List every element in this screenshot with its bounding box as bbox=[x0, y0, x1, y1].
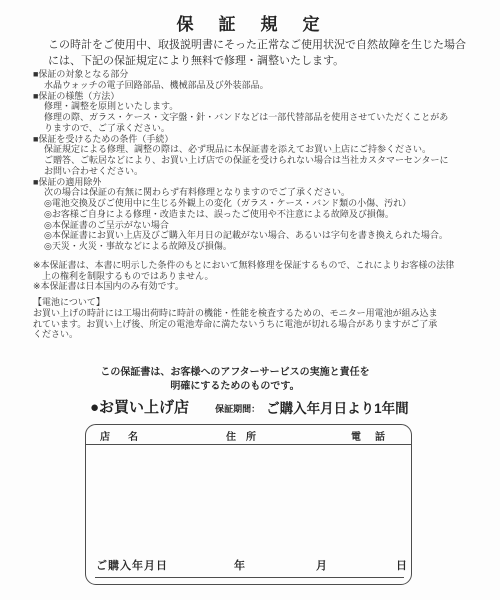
section-line: ◎本保証書にお買い上店及びご購入年月日の記載がない場合、あるいは字句を書き換えら… bbox=[33, 230, 488, 241]
note-line: 上の権利を制限するものではありません。 bbox=[33, 271, 488, 282]
column-header-address: 住 所 bbox=[226, 428, 256, 443]
after-service-statement: この保証書は、お客様へのアフターサービスの実施と責任を 明確にするためのものです… bbox=[60, 366, 410, 393]
legal-notes: ※本保証書は、本書に明示した条件のもとにおいて無料修理を保証するもので、これによ… bbox=[33, 260, 488, 292]
purchase-date-label: ご購入年月日 bbox=[96, 557, 168, 573]
statement-line: この保証書は、お客様へのアフターサービスの実施と責任を bbox=[60, 366, 410, 380]
store-label: ●お買い上げ店 bbox=[90, 396, 189, 417]
section-line: 次の場合は保証の有無に関わらず有料修理となりますのでご了承ください。 bbox=[33, 187, 488, 198]
column-header-phone: 電 話 bbox=[351, 428, 387, 443]
store-warranty-row: ●お買い上げ店 保証期間： ご購入年月日より1年間 bbox=[90, 396, 420, 417]
battery-section: 【電池について】 お買い上げの時計には工場出荷時に時計の機能・性能を検査するため… bbox=[33, 297, 488, 340]
warranty-period-label: 保証期間： bbox=[215, 402, 260, 417]
warranty-document-page: 保 証 規 定 この時計をご使用中、取扱説明書にそった正常なご使用状況で自然故障… bbox=[0, 0, 500, 600]
purchase-date-row: ご購入年月日 年 月 日 bbox=[86, 557, 411, 571]
year-label: 年 bbox=[234, 557, 245, 573]
day-label: 日 bbox=[396, 557, 407, 573]
statement-line: 明確にするためのものです。 bbox=[60, 380, 410, 394]
section-heading-conditions: ■保証を受けるための条件（手続） bbox=[33, 134, 488, 145]
page-title: 保 証 規 定 bbox=[0, 10, 500, 35]
section-line: 保証規定による修理、調整の際は、必ず現品に本保証書を添えてお買い上店にご持参くだ… bbox=[33, 144, 488, 155]
section-heading-covered-parts: ■保証の対象となる部分 bbox=[33, 69, 488, 80]
note-line: ※本保証書は、本書に明示した条件のもとにおいて無料修理を保証するもので、これによ… bbox=[33, 260, 488, 271]
section-line: ◎電池交換及びご使用中に生じる外観上の変化（ガラス・ケース・バンド類の小傷、汚れ… bbox=[33, 198, 488, 209]
battery-line: ください。 bbox=[33, 329, 488, 340]
section-heading-exclusions: ■保証の適用除外 bbox=[33, 177, 488, 188]
section-line: 修理・調整を原則といたします。 bbox=[33, 101, 488, 112]
section-line: ◎天災・火災・事故などによる故障及び損傷。 bbox=[33, 241, 488, 252]
section-line: りますので、ご了承ください。 bbox=[33, 123, 488, 134]
dealer-box-header: 店 名 住 所 電 話 bbox=[86, 425, 411, 445]
dealer-info-box: 店 名 住 所 電 話 ご購入年月日 年 月 日 bbox=[85, 424, 412, 585]
purchase-date-underline bbox=[95, 577, 404, 578]
warranty-terms: ■保証の対象となる部分 水晶ウォッチの電子回路部品、機械部品及び外装部品。 ■保… bbox=[33, 69, 488, 340]
intro-line: には、下記の保証規定により無料で修理・調整いたします。 bbox=[48, 54, 468, 70]
section-line: 水晶ウォッチの電子回路部品、機械部品及び外装部品。 bbox=[33, 80, 488, 91]
month-label: 月 bbox=[316, 557, 327, 573]
section-line: ◎お客様ご自身による修理・改造または、誤ったご使用や不注意による故障及び損傷。 bbox=[33, 209, 488, 220]
column-header-shop-name: 店 名 bbox=[100, 428, 142, 443]
note-line: ※本保証書は日本国内のみ有効です。 bbox=[33, 281, 488, 292]
section-line: ◎本保証書のご呈示がない場合 bbox=[33, 220, 488, 231]
intro-line: この時計をご使用中、取扱説明書にそった正常なご使用状況で自然故障を生じた場合 bbox=[48, 38, 468, 54]
battery-line: れています。お買い上げ後、所定の電池寿命に満たないうちに電池が切れる場合がありま… bbox=[33, 319, 488, 330]
section-line: お問い合わせください。 bbox=[33, 166, 488, 177]
battery-heading: 【電池について】 bbox=[33, 297, 488, 308]
warranty-period-value: ご購入年月日より1年間 bbox=[266, 397, 409, 417]
intro-paragraph: この時計をご使用中、取扱説明書にそった正常なご使用状況で自然故障を生じた場合 に… bbox=[48, 38, 468, 69]
section-line: 修理の際、ガラス・ケース・文字盤・針・バンドなどは一部代替部品を使用させていただ… bbox=[33, 112, 488, 123]
battery-line: お買い上げの時計には工場出荷時に時計の機能・性能を検査するための、モニター用電池… bbox=[33, 308, 488, 319]
section-line: ご贈答、ご転居などにより、お買い上げ店での保証を受けられない場合は当社カスタマー… bbox=[33, 155, 488, 166]
section-heading-repair-method: ■保証の様態（方法） bbox=[33, 91, 488, 102]
